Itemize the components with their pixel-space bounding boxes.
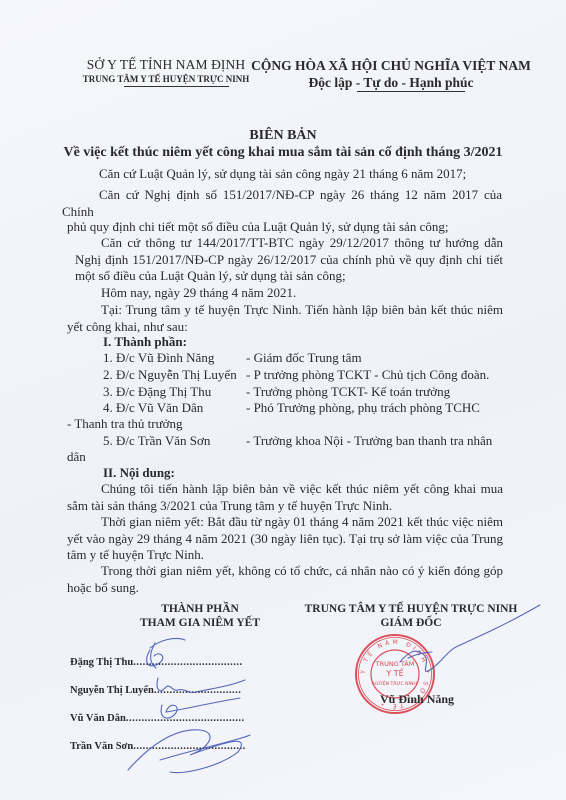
member-row: 3. Đ/c Đặng Thị Thu- Trưởng phòng TCKT- … bbox=[103, 384, 450, 400]
document-title: BIÊN BẢN bbox=[0, 127, 566, 144]
member-role: - P trưởng phòng TCKT - Chủ tịch Công đo… bbox=[246, 367, 489, 382]
member-name: 3. Đ/c Đặng Thị Thu bbox=[103, 384, 246, 400]
signer-line: Trần Văn Sơn............................… bbox=[70, 741, 246, 752]
member-name: 1. Đ/c Vũ Đình Năng bbox=[103, 350, 246, 366]
meeting-date: Hôm nay, ngày 29 tháng 4 năm 2021. bbox=[101, 285, 501, 302]
participants-title-line2: THAM GIA NIÊM YẾT bbox=[120, 617, 280, 631]
signer-line: Đặng Thị Thu............................… bbox=[70, 657, 243, 668]
svg-text:Y TẾ: Y TẾ bbox=[385, 667, 404, 678]
meeting-location: Tại: Trung tâm y tế huyện Trực Ninh. Tiế… bbox=[67, 302, 503, 335]
preamble-decree-line2: phủ quy định chi tiết một số điều của Lu… bbox=[67, 219, 507, 236]
member-row: 2. Đ/c Nguyễn Thị Luyến- P trưởng phòng … bbox=[103, 367, 489, 383]
member-name: 2. Đ/c Nguyễn Thị Luyến bbox=[103, 367, 246, 383]
signature-dots: ...................................... bbox=[126, 713, 245, 724]
member-name: 4. Đ/c Vũ Văn Dân bbox=[103, 400, 246, 416]
issuing-agency-header: SỞ Y TẾ TỈNH NAM ĐỊNH TRUNG TÂM Y TẾ HUY… bbox=[76, 57, 256, 87]
content-paragraph: Chúng tôi tiến hành lập biên bản về việc… bbox=[67, 481, 503, 514]
signer-name: Vũ Văn Dân bbox=[70, 713, 126, 724]
member-role-continued: - Thanh tra thủ trưởng bbox=[67, 416, 183, 432]
director-title: GIÁM ĐỐC bbox=[296, 617, 526, 631]
preamble-circular: Căn cứ thông tư 144/2017/TT-BTC ngày 29/… bbox=[75, 235, 503, 285]
member-role-continued: dân bbox=[67, 449, 86, 465]
document-subtitle: Về việc kết thúc niêm yết công khai mua … bbox=[0, 144, 566, 161]
country-name: CỘNG HÒA XÃ HỘI CHỦ NGHĨA VIỆT NAM bbox=[246, 57, 536, 74]
member-row: 5. Đ/c Trần Văn Sơn- Trưởng khoa Nội - T… bbox=[103, 433, 492, 449]
participants-title-line1: THÀNH PHẦN bbox=[120, 603, 280, 617]
director-name: Vũ Đình Năng bbox=[380, 692, 454, 707]
signer-name: Nguyễn Thị Luyến bbox=[70, 685, 154, 696]
member-role: - Trưởng phòng TCKT- Kế toán trưởng bbox=[246, 384, 450, 399]
center-name: TRUNG TÂM Y TẾ HUYỆN TRỰC NINH bbox=[296, 603, 526, 617]
member-role: - Giám đốc Trung tâm bbox=[246, 350, 362, 365]
signer-line: Vũ Văn Dân..............................… bbox=[70, 713, 245, 724]
motto-underline bbox=[357, 91, 465, 92]
national-motto: Độc lập - Tự do - Hạnh phúc bbox=[246, 74, 536, 91]
member-name: 5. Đ/c Trần Văn Sơn bbox=[103, 433, 246, 449]
preamble-law: Căn cứ Luật Quản lý, sử dụng tài sản côn… bbox=[62, 166, 502, 183]
participants-signature-block: THÀNH PHẦN THAM GIA NIÊM YẾT bbox=[120, 603, 280, 630]
signer-name: Đặng Thị Thu bbox=[70, 657, 133, 668]
member-row: 1. Đ/c Vũ Đình Năng- Giám đốc Trung tâm bbox=[103, 350, 362, 366]
national-motto-header: CỘNG HÒA XÃ HỘI CHỦ NGHĨA VIỆT NAM Độc l… bbox=[246, 57, 536, 92]
signature-dots: ................................... bbox=[133, 657, 242, 668]
signer-line: Nguyễn Thị Luyến........................… bbox=[70, 685, 241, 696]
signature-dots: .................................... bbox=[133, 741, 246, 752]
svg-text:HUYỆN TRỰC NINH: HUYỆN TRỰC NINH bbox=[373, 679, 417, 687]
director-signature-block: TRUNG TÂM Y TẾ HUYỆN TRỰC NINH GIÁM ĐỐC bbox=[296, 603, 526, 630]
organization-name: TRUNG TÂM Y TẾ HUYỆN TRỰC NINH bbox=[76, 73, 256, 85]
document-page: SỞ Y TẾ TỈNH NAM ĐỊNH TRUNG TÂM Y TẾ HUY… bbox=[0, 0, 566, 800]
member-role: - Trưởng khoa Nội - Trưởng ban thanh tra… bbox=[246, 433, 492, 448]
svg-text:TRUNG TÂM: TRUNG TÂM bbox=[375, 659, 415, 668]
content-paragraph: Trong thời gian niêm yết, không có tổ ch… bbox=[67, 563, 503, 596]
department-name: SỞ Y TẾ TỈNH NAM ĐỊNH bbox=[76, 57, 256, 73]
content-paragraph: Thời gian niêm yết: Bắt đầu từ ngày 01 t… bbox=[67, 514, 503, 564]
section-content-heading: II. Nội dung: bbox=[103, 465, 175, 481]
member-role: - Phó Trưởng phòng, phụ trách phòng TCHC bbox=[246, 400, 480, 415]
section-members-heading: I. Thành phần: bbox=[103, 334, 187, 350]
signature-dots: ............................ bbox=[154, 685, 242, 696]
header-underline bbox=[124, 86, 229, 87]
preamble-decree-line1: Căn cứ Nghị định số 151/2017/NĐ-CP ngày … bbox=[62, 187, 502, 220]
member-row: 4. Đ/c Vũ Văn Dân- Phó Trưởng phòng, phụ… bbox=[103, 400, 480, 416]
signer-name: Trần Văn Sơn bbox=[70, 741, 133, 752]
